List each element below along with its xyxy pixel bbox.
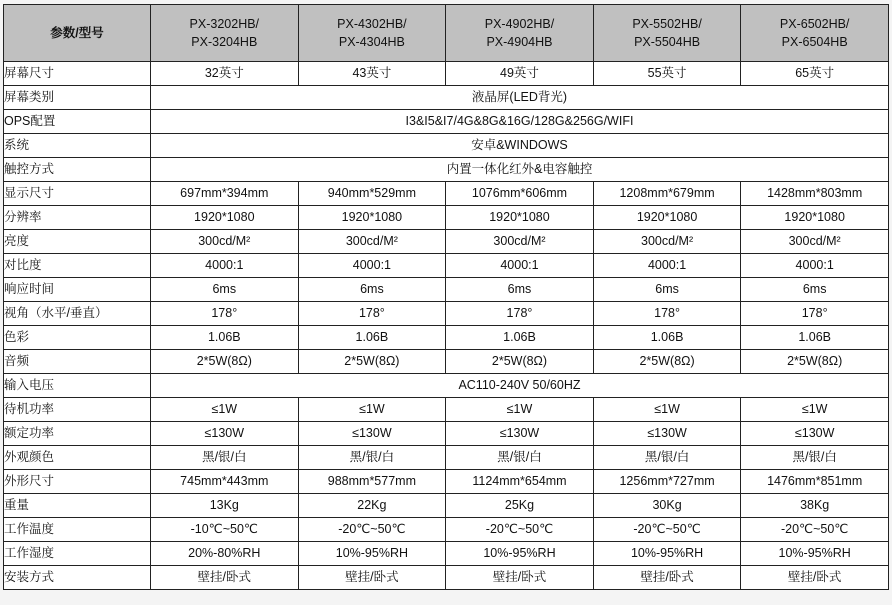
cell-value: -20℃~50℃ <box>446 518 594 542</box>
row-label: 外形尺寸 <box>4 470 151 494</box>
cell-value: ≤1W <box>446 398 594 422</box>
cell-value: 6ms <box>446 278 594 302</box>
table-row: 对比度4000:14000:14000:14000:14000:1 <box>4 254 889 278</box>
cell-value: 1208mm*679mm <box>593 182 741 206</box>
cell-value: 2*5W(8Ω) <box>446 350 594 374</box>
table-row: 外形尺寸745mm*443mm988mm*577mm1124mm*654mm12… <box>4 470 889 494</box>
cell-value: 300cd/M² <box>593 230 741 254</box>
row-label: OPS配置 <box>4 110 151 134</box>
cell-value: ≤130W <box>446 422 594 446</box>
cell-value: 1.06B <box>151 326 299 350</box>
cell-value: 10%-95%RH <box>446 542 594 566</box>
row-label: 输入电压 <box>4 374 151 398</box>
row-label: 响应时间 <box>4 278 151 302</box>
cell-value: 178° <box>741 302 889 326</box>
cell-value: 300cd/M² <box>741 230 889 254</box>
cell-value: 300cd/M² <box>298 230 446 254</box>
cell-value: 13Kg <box>151 494 299 518</box>
cell-value: 黑/银/白 <box>741 446 889 470</box>
cell-value: ≤130W <box>593 422 741 446</box>
cell-value: 988mm*577mm <box>298 470 446 494</box>
row-label: 色彩 <box>4 326 151 350</box>
cell-value: 65英寸 <box>741 62 889 86</box>
model-header: PX-6502HB/PX-6504HB <box>741 5 889 62</box>
cell-value: 1.06B <box>298 326 446 350</box>
cell-value: 1428mm*803mm <box>741 182 889 206</box>
row-label: 重量 <box>4 494 151 518</box>
cell-value: 2*5W(8Ω) <box>741 350 889 374</box>
row-label: 安装方式 <box>4 566 151 590</box>
spec-table: 参数/型号 PX-3202HB/PX-3204HB PX-4302HB/PX-4… <box>3 4 889 590</box>
cell-value: 178° <box>446 302 594 326</box>
cell-value: 2*5W(8Ω) <box>151 350 299 374</box>
row-label: 屏幕类别 <box>4 86 151 110</box>
cell-value: 6ms <box>741 278 889 302</box>
cell-value: ≤130W <box>298 422 446 446</box>
table-row: 屏幕尺寸32英寸43英寸49英寸55英寸65英寸 <box>4 62 889 86</box>
cell-value: 2*5W(8Ω) <box>593 350 741 374</box>
header-row: 参数/型号 PX-3202HB/PX-3204HB PX-4302HB/PX-4… <box>4 5 889 62</box>
cell-value: 2*5W(8Ω) <box>298 350 446 374</box>
model-header: PX-3202HB/PX-3204HB <box>151 5 299 62</box>
cell-value: 38Kg <box>741 494 889 518</box>
model-header: PX-5502HB/PX-5504HB <box>593 5 741 62</box>
cell-value: ≤1W <box>593 398 741 422</box>
cell-value: 697mm*394mm <box>151 182 299 206</box>
cell-value: 1476mm*851mm <box>741 470 889 494</box>
cell-value: 30Kg <box>593 494 741 518</box>
cell-value: 300cd/M² <box>446 230 594 254</box>
cell-value: 1.06B <box>593 326 741 350</box>
cell-value: 4000:1 <box>151 254 299 278</box>
table-row: 工作温度-10℃~50℃-20℃~50℃-20℃~50℃-20℃~50℃-20℃… <box>4 518 889 542</box>
cell-value: 1076mm*606mm <box>446 182 594 206</box>
spec-table-body: 屏幕尺寸32英寸43英寸49英寸55英寸65英寸屏幕类别液晶屏(LED背光)OP… <box>4 62 889 590</box>
param-model-header: 参数/型号 <box>4 5 151 62</box>
cell-value: 22Kg <box>298 494 446 518</box>
table-row: 音频2*5W(8Ω)2*5W(8Ω)2*5W(8Ω)2*5W(8Ω)2*5W(8… <box>4 350 889 374</box>
cell-value: ≤130W <box>151 422 299 446</box>
row-label: 显示尺寸 <box>4 182 151 206</box>
row-label: 工作湿度 <box>4 542 151 566</box>
row-label: 系统 <box>4 134 151 158</box>
cell-value: 6ms <box>593 278 741 302</box>
cell-value: 10%-95%RH <box>298 542 446 566</box>
row-label: 对比度 <box>4 254 151 278</box>
cell-value: 4000:1 <box>593 254 741 278</box>
cell-value: 10%-95%RH <box>593 542 741 566</box>
cell-value: 6ms <box>151 278 299 302</box>
row-label: 屏幕尺寸 <box>4 62 151 86</box>
cell-value: 壁挂/卧式 <box>298 566 446 590</box>
spanned-value: AC110-240V 50/60HZ <box>151 374 889 398</box>
row-label: 额定功率 <box>4 422 151 446</box>
cell-value: ≤1W <box>741 398 889 422</box>
row-label: 工作温度 <box>4 518 151 542</box>
cell-value: 1920*1080 <box>593 206 741 230</box>
cell-value: 壁挂/卧式 <box>593 566 741 590</box>
cell-value: 1.06B <box>741 326 889 350</box>
cell-value: 300cd/M² <box>151 230 299 254</box>
cell-value: 4000:1 <box>446 254 594 278</box>
cell-value: 4000:1 <box>741 254 889 278</box>
cell-value: -10℃~50℃ <box>151 518 299 542</box>
cell-value: 25Kg <box>446 494 594 518</box>
cell-value: 黑/银/白 <box>446 446 594 470</box>
model-header: PX-4902HB/PX-4904HB <box>446 5 594 62</box>
cell-value: 黑/银/白 <box>593 446 741 470</box>
cell-value: 10%-95%RH <box>741 542 889 566</box>
cell-value: 1920*1080 <box>446 206 594 230</box>
cell-value: 178° <box>151 302 299 326</box>
cell-value: 1920*1080 <box>151 206 299 230</box>
table-row: 响应时间6ms6ms6ms6ms6ms <box>4 278 889 302</box>
table-row: 外观颜色黑/银/白黑/银/白黑/银/白黑/银/白黑/银/白 <box>4 446 889 470</box>
cell-value: -20℃~50℃ <box>593 518 741 542</box>
row-label: 视角（水平/垂直） <box>4 302 151 326</box>
table-row: 触控方式内置一体化红外&电容触控 <box>4 158 889 182</box>
cell-value: ≤1W <box>298 398 446 422</box>
cell-value: 1920*1080 <box>741 206 889 230</box>
model-header: PX-4302HB/PX-4304HB <box>298 5 446 62</box>
cell-value: 55英寸 <box>593 62 741 86</box>
table-row: 屏幕类别液晶屏(LED背光) <box>4 86 889 110</box>
cell-value: 4000:1 <box>298 254 446 278</box>
cell-value: 49英寸 <box>446 62 594 86</box>
cell-value: 745mm*443mm <box>151 470 299 494</box>
cell-value: 黑/银/白 <box>151 446 299 470</box>
cell-value: 1920*1080 <box>298 206 446 230</box>
cell-value: 壁挂/卧式 <box>741 566 889 590</box>
table-row: 分辨率1920*10801920*10801920*10801920*10801… <box>4 206 889 230</box>
cell-value: 1.06B <box>446 326 594 350</box>
cell-value: 1256mm*727mm <box>593 470 741 494</box>
cell-value: ≤1W <box>151 398 299 422</box>
spanned-value: 内置一体化红外&电容触控 <box>151 158 889 182</box>
table-row: 额定功率≤130W≤130W≤130W≤130W≤130W <box>4 422 889 446</box>
cell-value: 黑/银/白 <box>298 446 446 470</box>
table-row: 重量13Kg22Kg25Kg30Kg38Kg <box>4 494 889 518</box>
cell-value: ≤130W <box>741 422 889 446</box>
cell-value: 43英寸 <box>298 62 446 86</box>
table-row: 输入电压AC110-240V 50/60HZ <box>4 374 889 398</box>
cell-value: 32英寸 <box>151 62 299 86</box>
table-row: 亮度300cd/M²300cd/M²300cd/M²300cd/M²300cd/… <box>4 230 889 254</box>
table-row: 显示尺寸697mm*394mm940mm*529mm1076mm*606mm12… <box>4 182 889 206</box>
row-label: 分辨率 <box>4 206 151 230</box>
cell-value: 178° <box>593 302 741 326</box>
row-label: 外观颜色 <box>4 446 151 470</box>
cell-value: 6ms <box>298 278 446 302</box>
table-row: 待机功率≤1W≤1W≤1W≤1W≤1W <box>4 398 889 422</box>
cell-value: 1124mm*654mm <box>446 470 594 494</box>
table-row: 工作湿度20%-80%RH10%-95%RH10%-95%RH10%-95%RH… <box>4 542 889 566</box>
cell-value: -20℃~50℃ <box>741 518 889 542</box>
table-row: 色彩1.06B1.06B1.06B1.06B1.06B <box>4 326 889 350</box>
spanned-value: I3&I5&I7/4G&8G&16G/128G&256G/WIFI <box>151 110 889 134</box>
spanned-value: 液晶屏(LED背光) <box>151 86 889 110</box>
cell-value: 20%-80%RH <box>151 542 299 566</box>
table-row: 安装方式壁挂/卧式壁挂/卧式壁挂/卧式壁挂/卧式壁挂/卧式 <box>4 566 889 590</box>
row-label: 待机功率 <box>4 398 151 422</box>
cell-value: 940mm*529mm <box>298 182 446 206</box>
cell-value: 壁挂/卧式 <box>446 566 594 590</box>
row-label: 触控方式 <box>4 158 151 182</box>
cell-value: 178° <box>298 302 446 326</box>
table-row: 系统安卓&WINDOWS <box>4 134 889 158</box>
row-label: 音频 <box>4 350 151 374</box>
spanned-value: 安卓&WINDOWS <box>151 134 889 158</box>
row-label: 亮度 <box>4 230 151 254</box>
cell-value: -20℃~50℃ <box>298 518 446 542</box>
table-row: 视角（水平/垂直）178°178°178°178°178° <box>4 302 889 326</box>
table-row: OPS配置I3&I5&I7/4G&8G&16G/128G&256G/WIFI <box>4 110 889 134</box>
cell-value: 壁挂/卧式 <box>151 566 299 590</box>
